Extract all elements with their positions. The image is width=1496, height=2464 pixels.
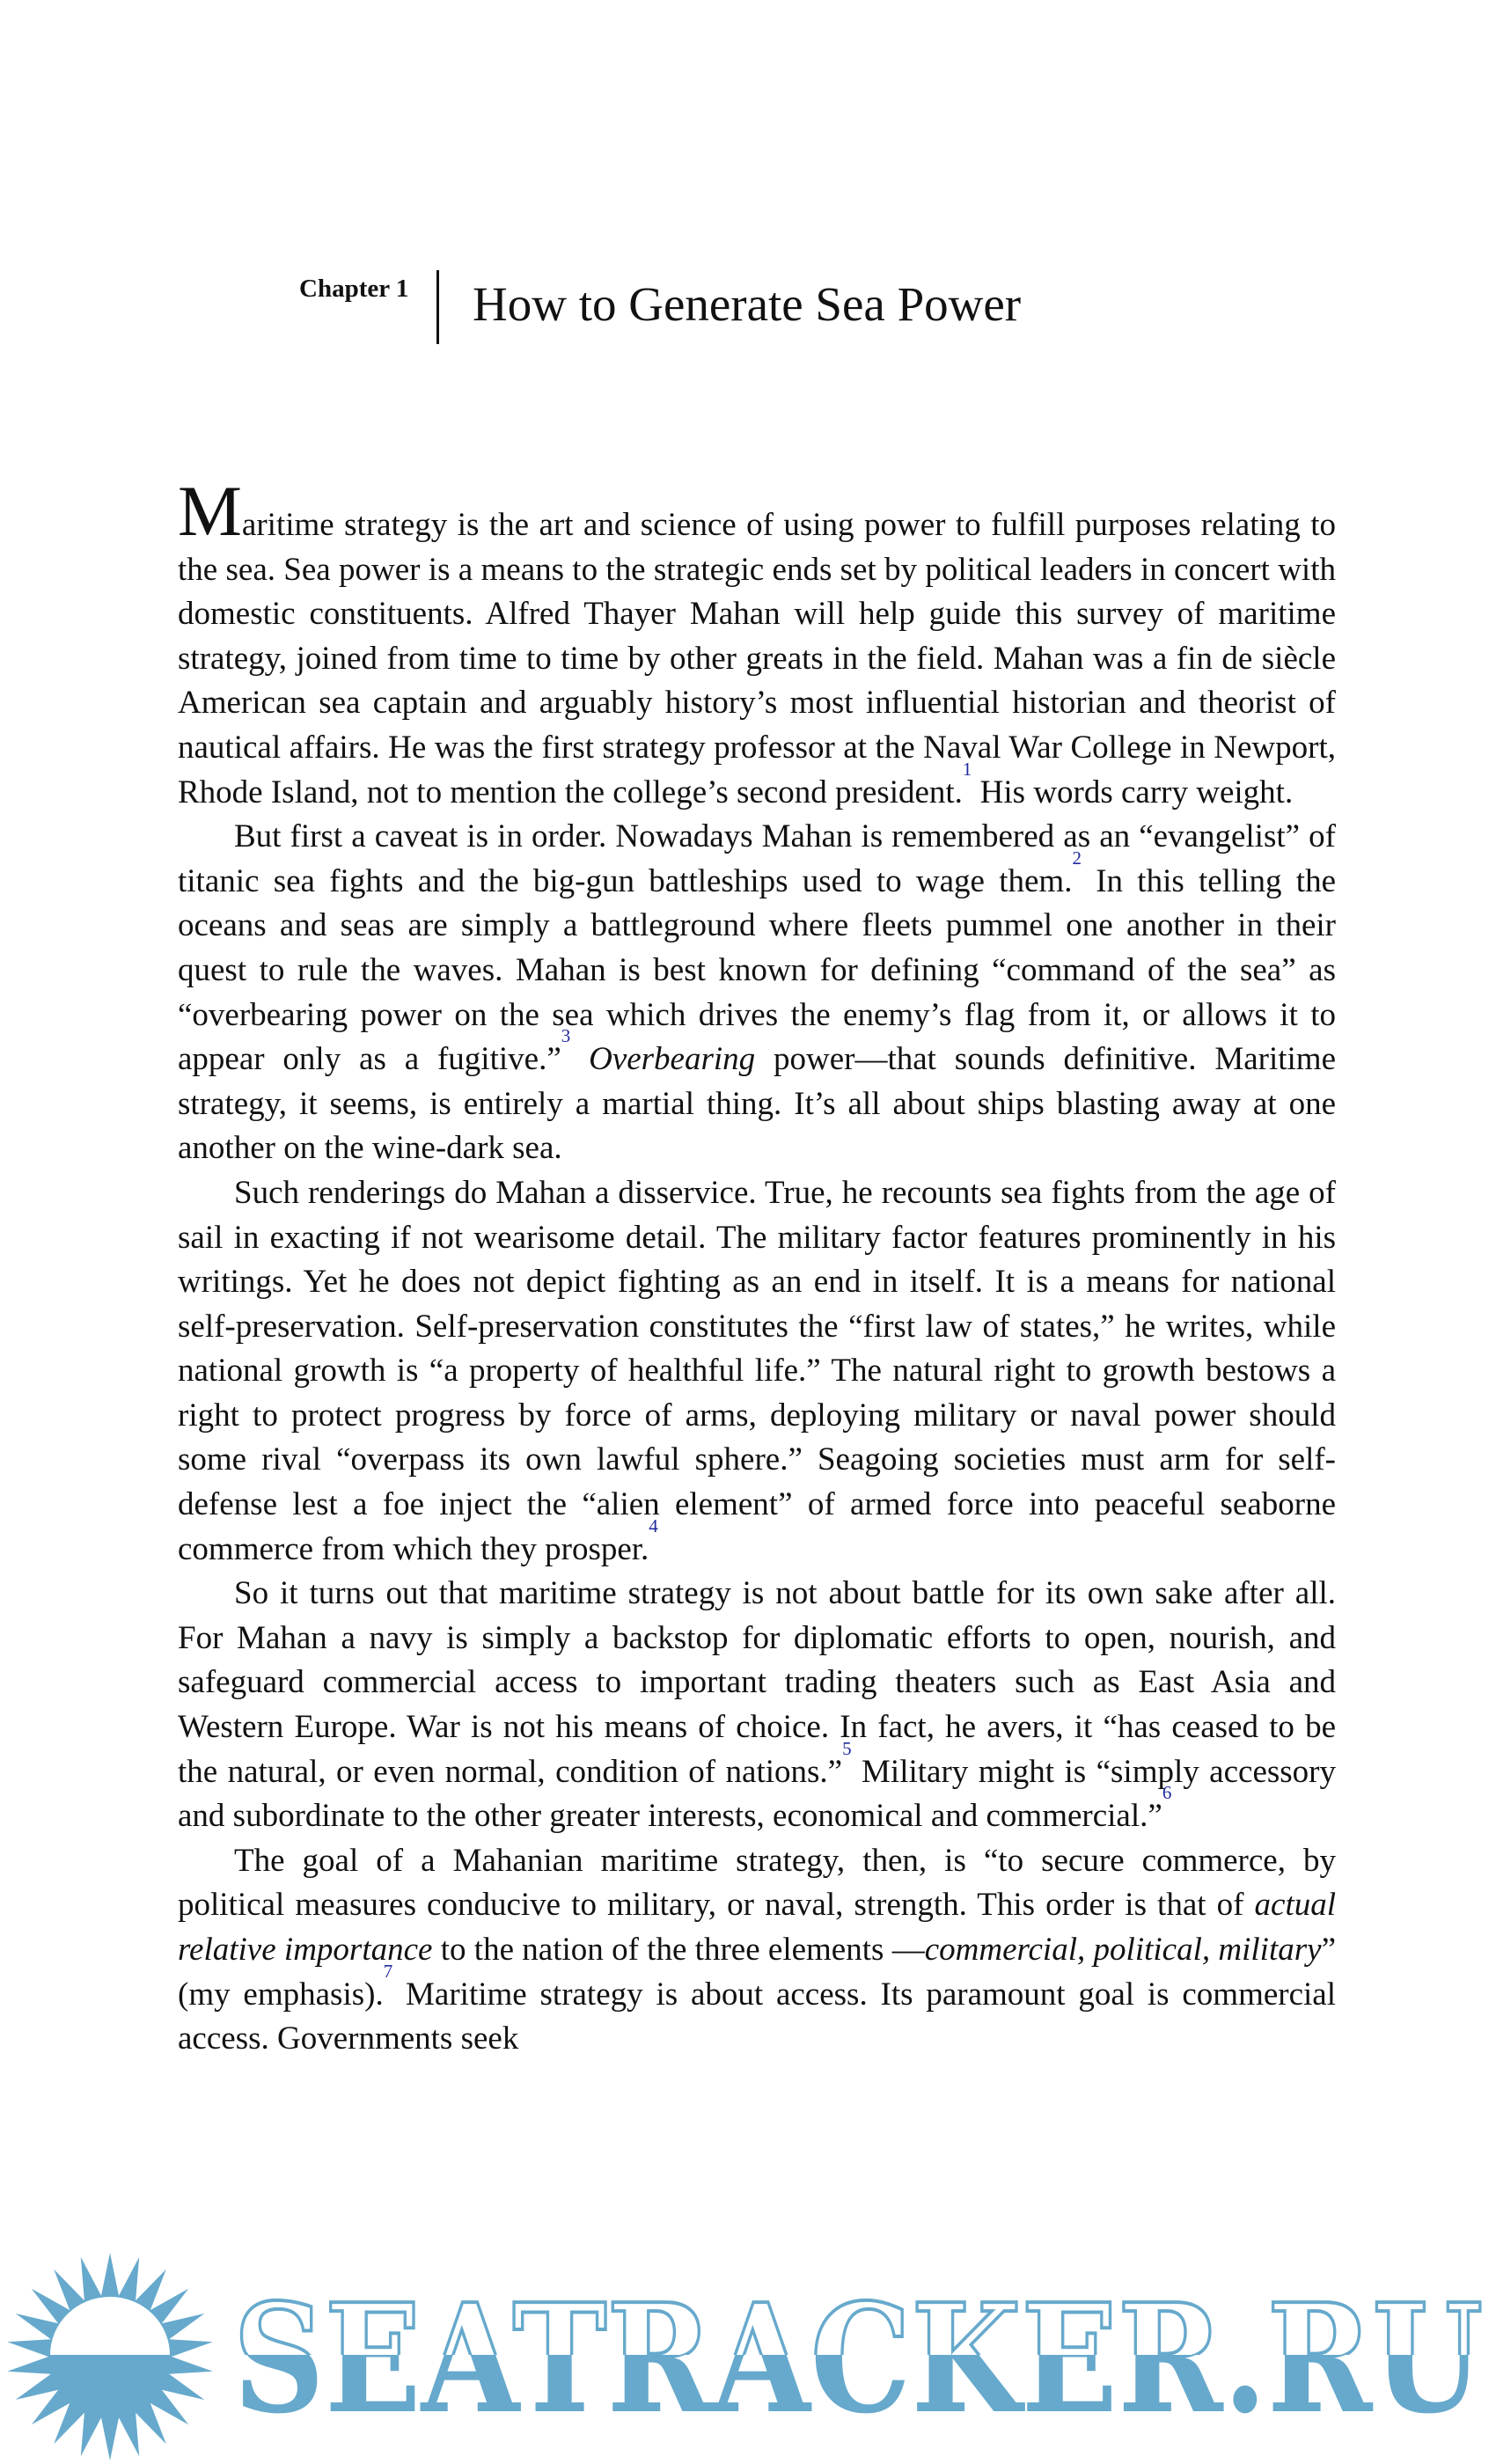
paragraph: So it turns out that maritime strategy i…: [178, 1572, 1336, 1839]
footnote-ref[interactable]: 2: [1072, 847, 1082, 869]
emphasis: commercial, political, military: [925, 1932, 1322, 1968]
footnote-ref[interactable]: 4: [649, 1515, 658, 1536]
footnote-ref[interactable]: 3: [561, 1025, 571, 1046]
body-text: Maritime strategy is the art and science…: [178, 475, 1336, 2062]
emphasis: Overbearing: [589, 1041, 755, 1077]
paragraph: Maritime strategy is the art and science…: [178, 475, 1336, 815]
paragraph: But first a caveat is in order. Nowadays…: [178, 815, 1336, 1171]
footnote-ref[interactable]: 1: [963, 759, 972, 780]
footnote-ref[interactable]: 6: [1162, 1782, 1172, 1803]
sun-logo-icon: [7, 2253, 213, 2460]
chapter-title: How to Generate Sea Power: [473, 280, 1021, 328]
paragraph: The goal of a Mahanian maritime strategy…: [178, 1839, 1336, 2062]
paragraph: Such renderings do Mahan a disservice. T…: [178, 1171, 1336, 1572]
footnote-ref[interactable]: 5: [842, 1738, 852, 1759]
watermark: SEATRACKER.RUSEATRACKER.RU: [0, 2253, 1496, 2464]
footnote-ref[interactable]: 7: [384, 1961, 393, 1982]
drop-cap: M: [178, 471, 242, 551]
chapter-label: Chapter 1: [299, 275, 408, 304]
chapter-divider: [436, 270, 439, 344]
